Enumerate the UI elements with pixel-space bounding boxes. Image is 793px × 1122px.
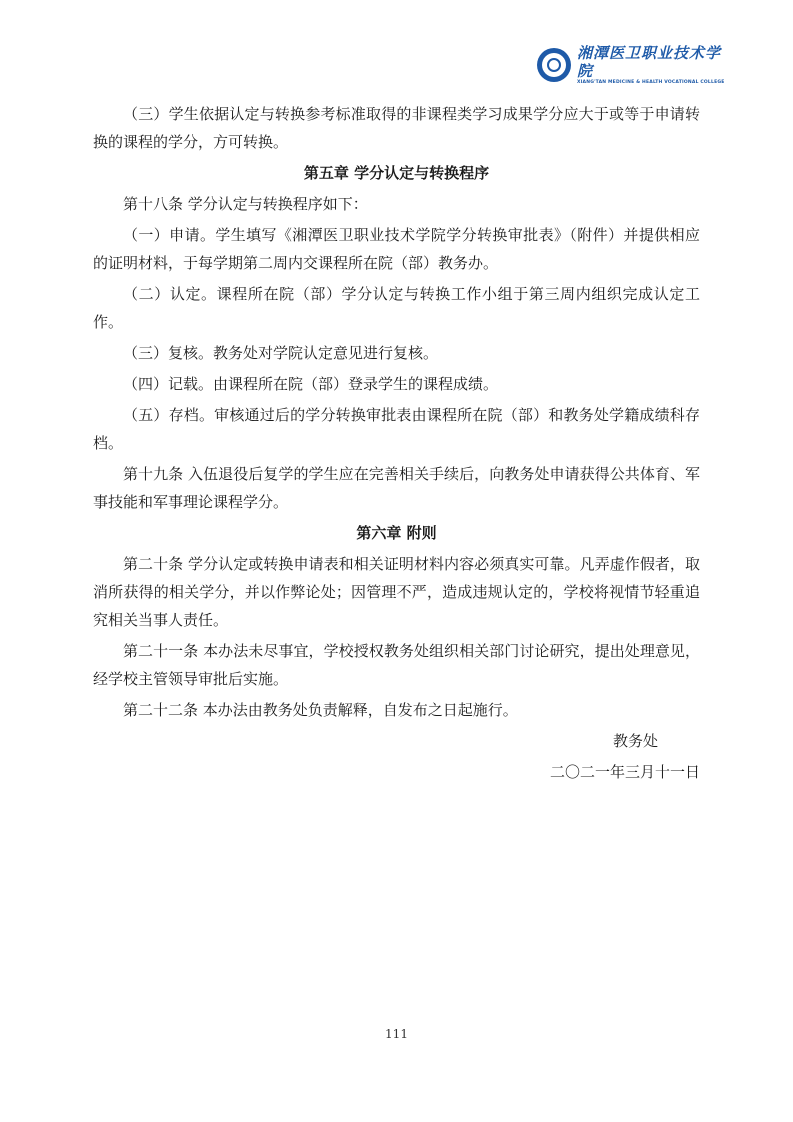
article-18: 第十八条 学分认定与转换程序如下： <box>93 190 700 218</box>
college-logo: 湘潭医卫职业技术学院 XIANG'TAN MEDICINE & HEALTH V… <box>537 40 717 90</box>
article-18-item-1: （一）申请。学生填写《湘潭医卫职业技术学院学分转换审批表》（附件）并提供相应的证… <box>93 221 700 277</box>
article-18-item-2: （二）认定。课程所在院（部）学分认定与转换工作小组于第三周内组织完成认定工作。 <box>93 280 700 336</box>
article-22: 第二十二条 本办法由教务处负责解释，自发布之日起施行。 <box>93 696 700 724</box>
paragraph-clause-3: （三）学生依据认定与转换参考标准取得的非课程类学习成果学分应大于或等于申请转换的… <box>93 100 700 156</box>
document-body: （三）学生依据认定与转换参考标准取得的非课程类学习成果学分应大于或等于申请转换的… <box>93 100 700 789</box>
article-18-item-3: （三）复核。教务处对学院认定意见进行复核。 <box>93 339 700 367</box>
logo-text: 湘潭医卫职业技术学院 XIANG'TAN MEDICINE & HEALTH V… <box>577 44 725 86</box>
article-18-item-5: （五）存档。审核通过后的学分转换审批表由课程所在院（部）和教务处学籍成绩科存档。 <box>93 401 700 457</box>
article-21: 第二十一条 本办法未尽事宜，学校授权教务处组织相关部门讨论研究，提出处理意见，经… <box>93 637 700 693</box>
article-19: 第十九条 入伍退役后复学的学生应在完善相关手续后，向教务处申请获得公共体育、军事… <box>93 460 700 516</box>
article-20: 第二十条 学分认定或转换申请表和相关证明材料内容必须真实可靠。凡弄虚作假者，取消… <box>93 550 700 634</box>
college-emblem-icon <box>537 48 571 82</box>
chapter-5-heading: 第五章 学分认定与转换程序 <box>93 159 700 187</box>
chapter-6-heading: 第六章 附则 <box>93 519 700 547</box>
logo-name-en: XIANG'TAN MEDICINE & HEALTH VOCATIONAL C… <box>577 80 725 86</box>
logo-name-cn: 湘潭医卫职业技术学院 <box>577 44 725 80</box>
signature-org: 教务处 <box>93 727 700 755</box>
signature-date: 二〇二一年三月十一日 <box>93 758 700 786</box>
article-18-item-4: （四）记载。由课程所在院（部）登录学生的课程成绩。 <box>93 370 700 398</box>
page-number: 111 <box>0 1027 793 1041</box>
